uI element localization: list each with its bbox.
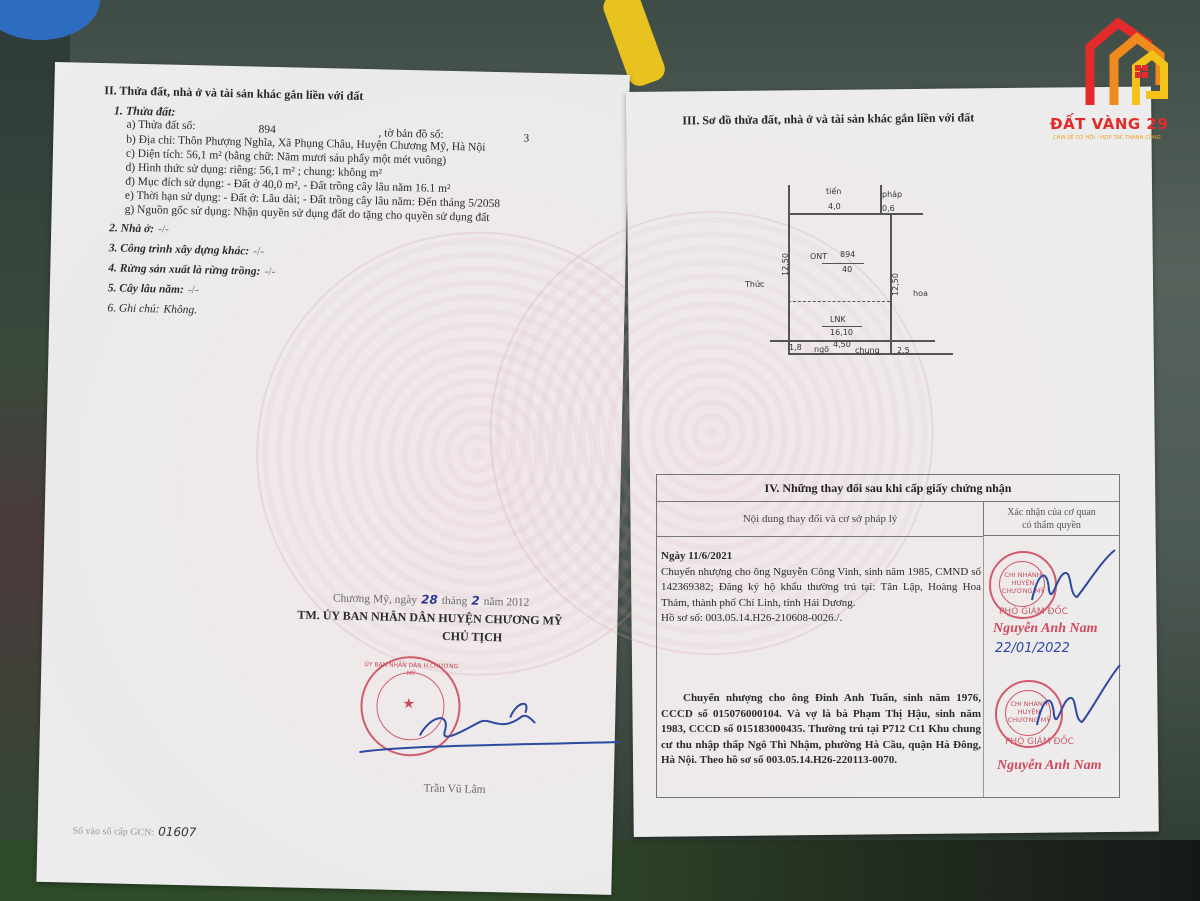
- bottom-width-dimension: 4,50: [833, 340, 851, 349]
- shared-label: chung: [855, 346, 880, 355]
- bottom-left-dimension: 1,8: [789, 343, 802, 352]
- changes-table-title: IV. Những thay đổi sau khi cấp giấy chứn…: [657, 475, 1119, 502]
- signer-name-2: Nguyễn Anh Nam: [997, 758, 1102, 774]
- signer-title-1: PHÓ GIÁM ĐỐC: [999, 607, 1068, 617]
- signer-role: CHỦ TỊCH: [442, 629, 502, 645]
- entry-1-date: Ngày 11/6/2021: [661, 549, 981, 565]
- logo-slogan: CHIA SẺ CƠ HỘI - HỢP TÁC THÀNH CÔNG: [1053, 135, 1161, 141]
- logo-brand-name: ĐẤT VÀNG 29: [1050, 115, 1168, 133]
- parcel-heading: 1. Thửa đất:: [114, 103, 176, 119]
- section-iii-title: III. Sơ đồ thửa đất, nhà ở và tài sản kh…: [682, 110, 974, 128]
- other-items-list: 2. Nhà ở: -/- 3. Công trình xây dựng khá…: [55, 62, 630, 75]
- item-production-forest: 4. Rừng sản xuất là rừng trồng: -/-: [108, 258, 275, 280]
- signature-1: [1027, 545, 1117, 615]
- column-divider: [983, 536, 984, 797]
- signer-title-2: PHÓ GIÁM ĐỐC: [1005, 737, 1074, 747]
- entry-1-body: Chuyển nhượng cho ông Nguyễn Công Vinh, …: [661, 565, 981, 612]
- perennial-land-code: LNK: [830, 315, 846, 324]
- handwritten-confirm-date: 22/01/2022: [995, 641, 1070, 656]
- parcel-number-value: 894: [258, 124, 276, 136]
- bottom-right-dimension: 2,5: [897, 346, 910, 355]
- east-neighbor-label: hoa: [913, 289, 928, 298]
- changes-table: IV. Những thay đổi sau khi cấp giấy chứn…: [656, 474, 1120, 798]
- item-other-construction: 3. Công trình xây dựng khác: -/-: [109, 238, 265, 260]
- item-house: 2. Nhà ở: -/-: [109, 218, 169, 237]
- perennial-area: 16,10: [830, 328, 853, 337]
- blue-lid-object: [0, 0, 100, 40]
- chairman-signature: [349, 684, 631, 770]
- signer-name-1: Nguyễn Anh Nam: [993, 621, 1098, 637]
- north-neighbor-label: tiến: [826, 187, 841, 196]
- dat-vang-29-logo: ĐẤT VÀNG 29 CHIA SẺ CƠ HỘI - HỢP TÁC THÀ…: [1040, 5, 1200, 145]
- parcel-number: 894: [840, 250, 855, 259]
- parcel-sketch: tiến pháp 4,0 0,6 12,50 12,50 Thức hoa O…: [770, 185, 960, 375]
- top-width-dimension: 4,0: [828, 202, 841, 211]
- registry-number: Số vào sổ cấp GCN: 01607: [72, 821, 196, 842]
- residential-area: 40: [842, 265, 852, 274]
- house-logo-icon: [1040, 5, 1200, 115]
- item-perennial-trees: 5. Cây lâu năm: -/-: [108, 278, 199, 298]
- column-header-content: Nội dung thay đổi và cơ sở pháp lý: [657, 502, 984, 537]
- item-notes: 6. Ghi chú: Không.: [107, 298, 197, 318]
- left-side-dimension: 12,50: [781, 253, 790, 276]
- signature-2: [1032, 660, 1122, 740]
- west-neighbor-label: Thức: [745, 280, 764, 289]
- entry-1-file: Hồ sơ số: 003.05.14.H26-210608-0026./.: [661, 611, 981, 627]
- alley-label: ngõ: [814, 345, 829, 354]
- map-sheet-value: 3: [523, 133, 529, 145]
- column-header-confirmation: Xác nhận của cơ quan có thẩm quyền: [984, 502, 1119, 536]
- change-entry-1: Ngày 11/6/2021 Chuyển nhượng cho ông Ngu…: [661, 549, 981, 627]
- top-right-width-dimension: 0,6: [882, 204, 895, 213]
- parcel-number-label: a) Thửa đất số:: [126, 119, 195, 133]
- northeast-neighbor-label: pháp: [882, 190, 902, 199]
- section-ii-title: II. Thửa đất, nhà ở và tài sản khác gắn …: [104, 83, 363, 104]
- residential-land-code: ONT: [810, 252, 827, 261]
- chairman-name: Trần Vũ Lâm: [423, 783, 485, 796]
- right-side-dimension: 12,50: [891, 273, 900, 296]
- change-entry-2: Chuyển nhượng cho ông Đinh Anh Tuấn, sin…: [661, 691, 981, 769]
